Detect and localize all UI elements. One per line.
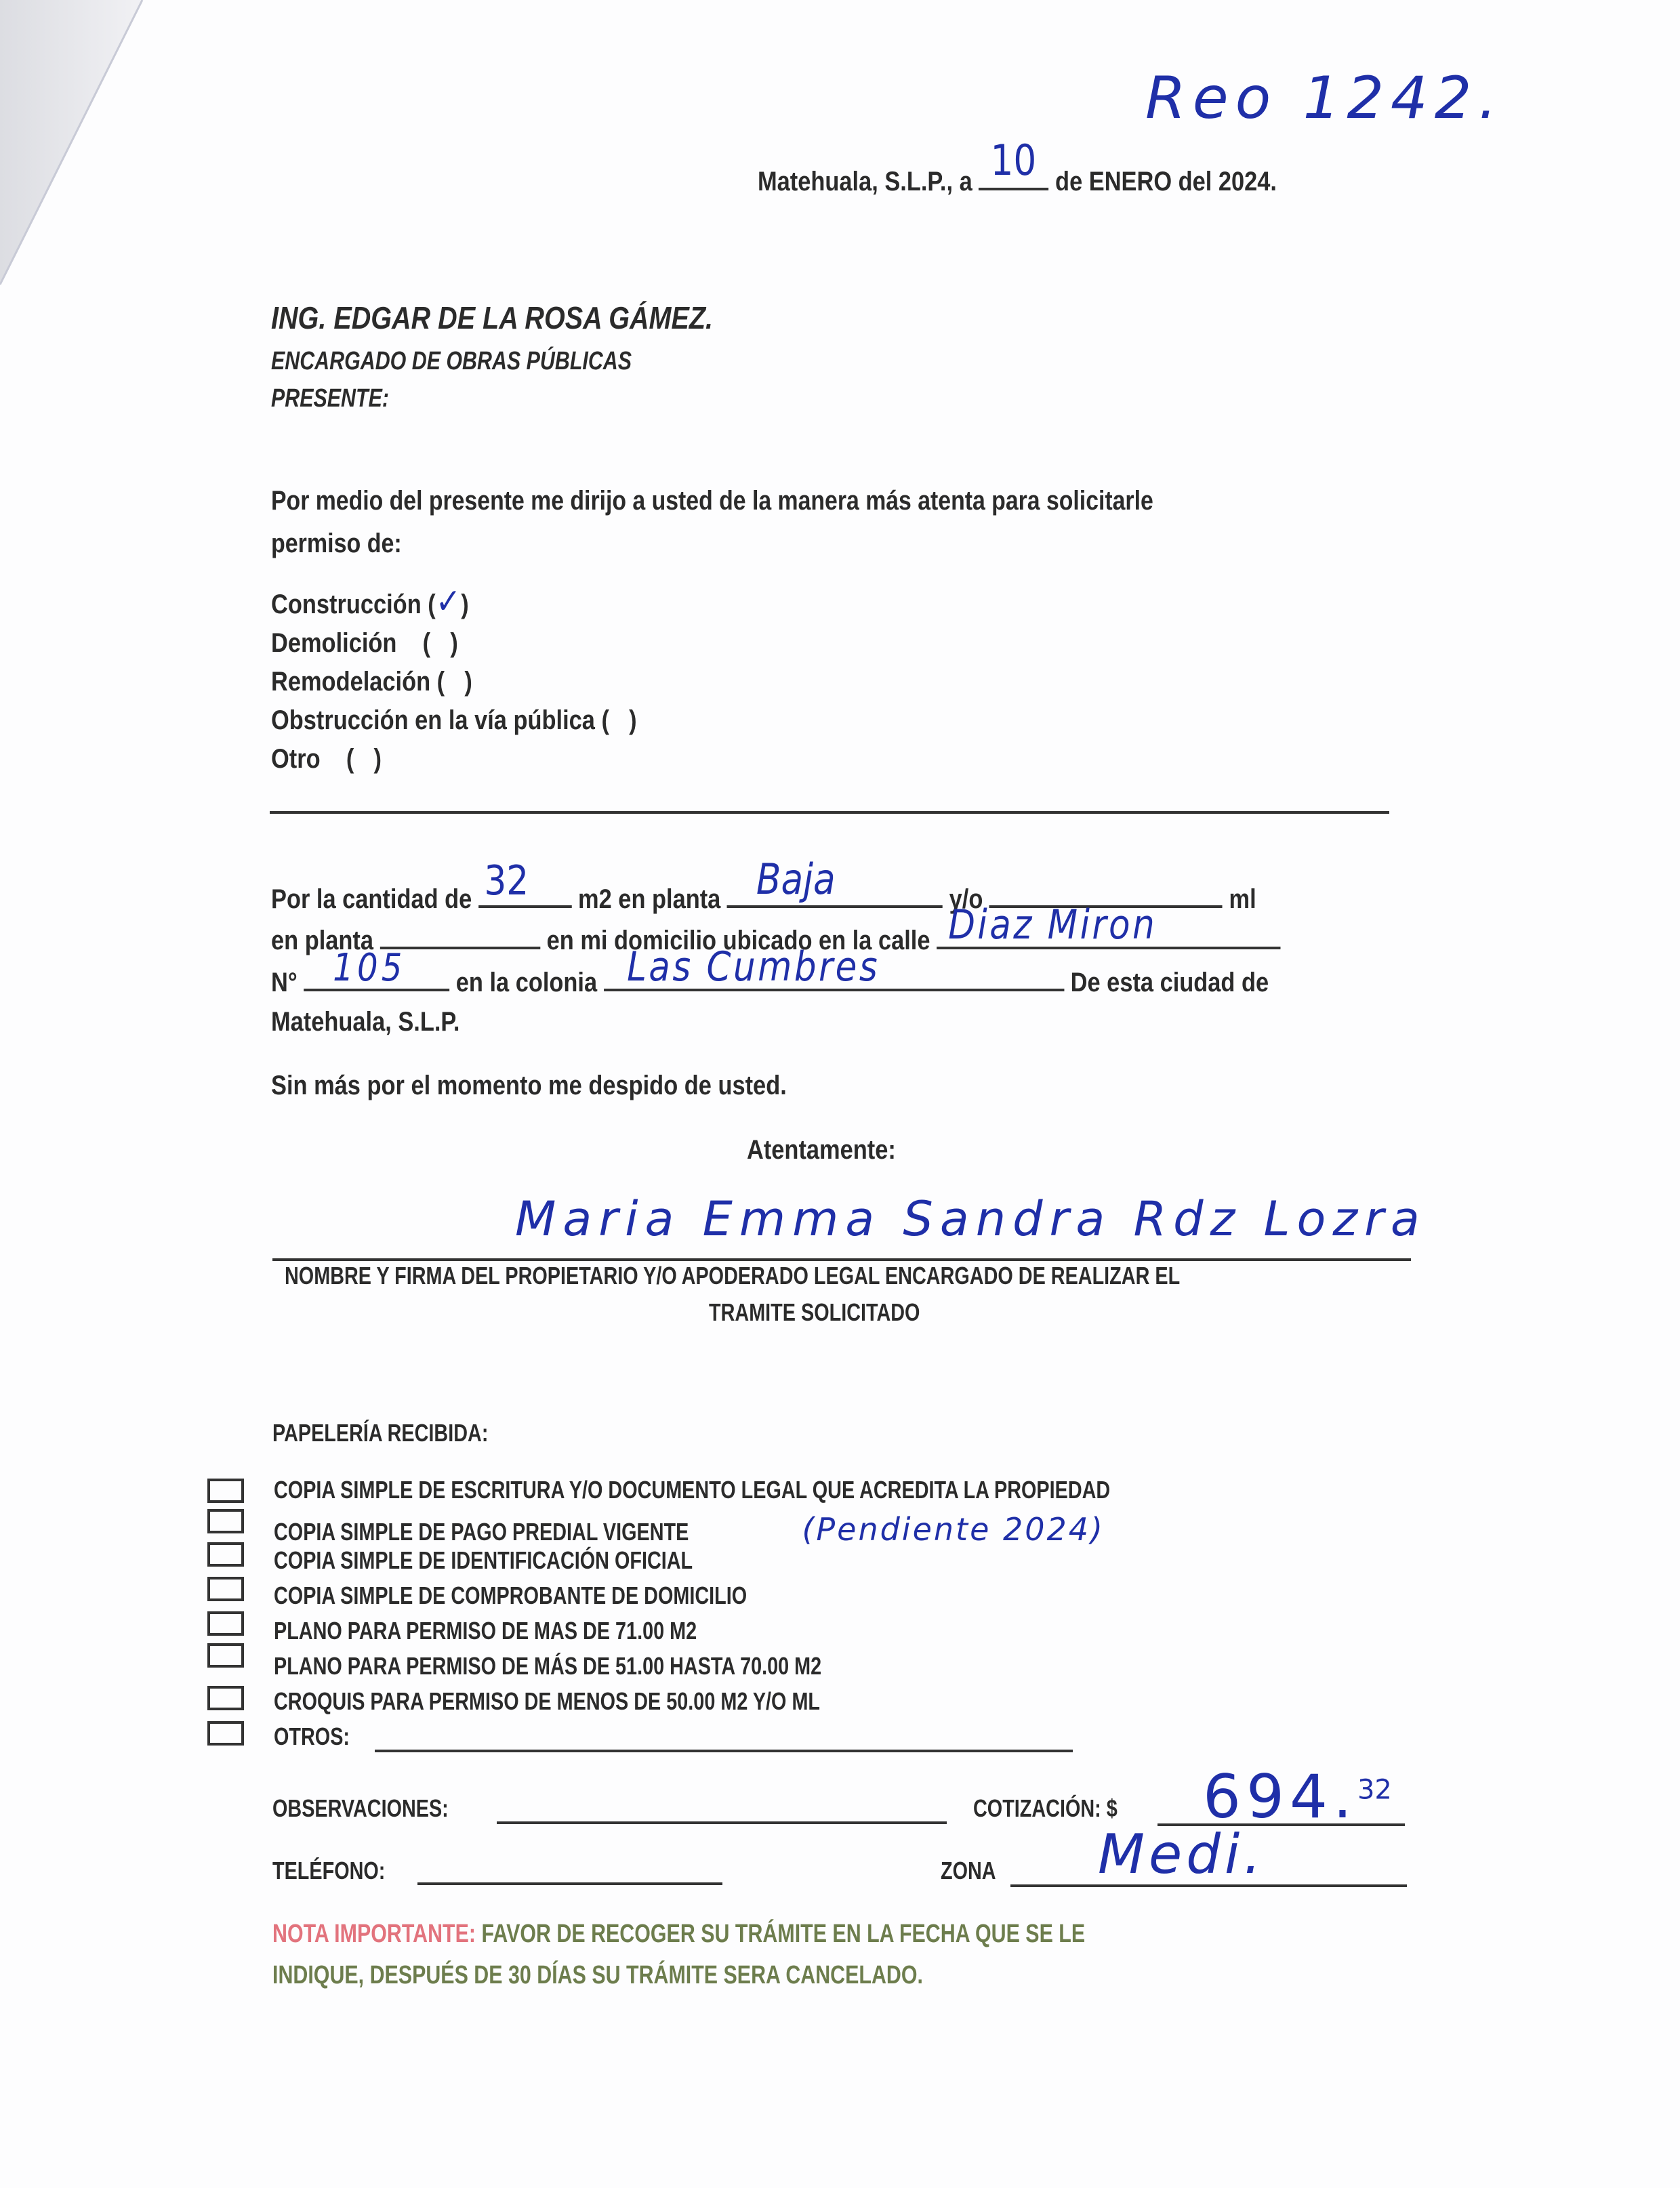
permit-option[interactable]: Demolición () (271, 628, 489, 659)
otros-field[interactable] (375, 1750, 1073, 1752)
addressee-name: ING. EDGAR DE LA ROSA GÁMEZ. (271, 300, 785, 336)
permit-option-label: Demolición ( (271, 628, 430, 658)
observaciones-label: OBSERVACIONES: (272, 1794, 493, 1823)
details-line1: Por la cantidad de 32 m2 en planta Baja … (271, 884, 1416, 915)
permit-option-label: Construcción ( (271, 590, 436, 619)
papeleria-item: OTROS: (274, 1722, 369, 1751)
qty-label: Por la cantidad de (271, 884, 472, 914)
ciudad-label: De esta ciudad de (1071, 968, 1269, 997)
signature-caption-line2: TRAMITE SOLICITADO (709, 1298, 972, 1327)
papeleria-item: CROQUIS PARA PERMISO DE MENOS DE 50.00 M… (274, 1687, 957, 1716)
date-line: Matehuala, S.L.P., a 10 de ENERO del 202… (758, 167, 1361, 197)
date-prefix: Matehuala, S.L.P., a (758, 167, 972, 197)
telefono-label: TELÉFONO: (272, 1857, 413, 1885)
notice-text-line1: FAVOR DE RECOGER SU TRÁMITE EN LA FECHA … (481, 1920, 1085, 1948)
papeleria-checkbox[interactable] (207, 1686, 244, 1710)
details-line3: N° 105 en la colonia Las Cumbres De esta… (271, 968, 1431, 998)
numero-label: N° (271, 968, 298, 997)
papeleria-item-label: OTROS: (274, 1722, 350, 1750)
signature: Maria Emma Sandra Rdz Lozra (515, 1191, 1427, 1247)
papeleria-item: COPIA SIMPLE DE COMPROBANTE DE DOMICILIO (274, 1582, 865, 1610)
papeleria-checkbox[interactable] (207, 1577, 244, 1601)
intro-text-line1: Por medio del presente me dirijo a usted… (271, 486, 1315, 516)
papeleria-item-label: CROQUIS PARA PERMISO DE MENOS DE 50.00 M… (274, 1687, 820, 1715)
papeleria-item-label: COPIA SIMPLE DE PAGO PREDIAL VIGENTE (274, 1518, 689, 1546)
papeleria-item: COPIA SIMPLE DE ESCRITURA Y/O DOCUMENTO … (274, 1476, 1319, 1504)
addressee-greeting: PRESENTE: (271, 384, 418, 413)
notice-label: NOTA IMPORTANTE: (272, 1920, 476, 1948)
intro-text-line2: permiso de: (271, 529, 425, 559)
papeleria-checkbox[interactable] (207, 1611, 244, 1636)
permit-option-close: ) (461, 590, 468, 619)
permit-option-close: ) (374, 744, 382, 774)
papeleria-heading: PAPELERÍA RECIBIDA: (272, 1419, 542, 1447)
papeleria-checkbox[interactable] (207, 1721, 244, 1746)
telefono-field[interactable] (417, 1882, 722, 1885)
permit-option-label: Obstrucción en la vía pública ( (271, 705, 609, 735)
addressee-title: ENCARGADO DE OBRAS PÚBLICAS (271, 347, 722, 376)
details-line4: Matehuala, S.L.P. (271, 1007, 491, 1037)
papeleria-checkbox[interactable] (207, 1643, 244, 1668)
atentamente-label: Atentamente: (747, 1135, 920, 1165)
permit-option[interactable]: Remodelación () (271, 667, 505, 697)
farewell-text: Sin más por el momento me despido de ust… (271, 1071, 871, 1101)
permit-option-close: ) (629, 705, 636, 735)
papeleria-item-label: COPIA SIMPLE DE COMPROBANTE DE DOMICILIO (274, 1582, 747, 1609)
planta-field[interactable]: Baja (727, 905, 943, 908)
papeleria-checkbox[interactable] (207, 1542, 244, 1567)
notice-line1: NOTA IMPORTANTE: FAVOR DE RECOGER SU TRÁ… (272, 1920, 1288, 1949)
signature-caption-line1: NOMBRE Y FIRMA DEL PROPIETARIO Y/O APODE… (285, 1262, 1404, 1290)
papeleria-checkbox[interactable] (207, 1509, 244, 1533)
papeleria-item-note: (Pendiente 2024) (802, 1511, 1105, 1548)
date-day-field[interactable]: 10 (979, 187, 1048, 190)
signature-line (272, 1258, 1411, 1261)
papeleria-item-label: COPIA SIMPLE DE IDENTIFICACIÓN OFICIAL (274, 1546, 693, 1574)
papeleria-item: COPIA SIMPLE DE PAGO PREDIAL VIGENTE(Pen… (274, 1511, 1105, 1548)
planta-value: Baja (756, 854, 836, 904)
permit-option[interactable]: Obstrucción en la vía pública () (271, 705, 696, 736)
observaciones-field[interactable] (497, 1821, 947, 1824)
cotizacion-value: 694.32 (1203, 1762, 1392, 1832)
zona-label: ZONA (941, 1857, 1010, 1885)
papeleria-item: PLANO PARA PERMISO DE MÁS DE 51.00 HASTA… (274, 1652, 958, 1680)
permit-option[interactable]: Construcción (✓) (271, 590, 501, 620)
date-suffix: de ENERO del 2024. (1055, 167, 1277, 197)
ml-label: ml (1229, 884, 1256, 914)
permit-option[interactable]: Otro () (271, 744, 400, 775)
papeleria-item-label: COPIA SIMPLE DE ESCRITURA Y/O DOCUMENTO … (274, 1476, 1110, 1504)
zona-value: Medi. (1098, 1823, 1265, 1886)
permit-option-close: ) (464, 667, 472, 697)
colonia-label: en la colonia (456, 968, 597, 997)
colonia-field[interactable]: Las Cumbres (604, 988, 1064, 991)
qty-value: 32 (484, 857, 529, 905)
permit-option-label: Otro ( (271, 744, 354, 774)
colonia-value: Las Cumbres (627, 943, 880, 991)
notice-line2: INDIQUE, DESPUÉS DE 30 DÍAS SU TRÁMITE S… (272, 1961, 1086, 1990)
handwritten-reference: Reo 1242. (1145, 64, 1504, 132)
papeleria-item-label: PLANO PARA PERMISO DE MÁS DE 51.00 HASTA… (274, 1652, 821, 1680)
papeleria-item-label: PLANO PARA PERMISO DE MAS DE 71.00 M2 (274, 1617, 697, 1645)
permit-option-close: ) (450, 628, 457, 658)
m2-label: m2 en planta (578, 884, 720, 914)
date-day-value: 10 (990, 136, 1036, 185)
papeleria-item: PLANO PARA PERMISO DE MAS DE 71.00 M2 (274, 1617, 802, 1645)
permit-option-label: Remodelación ( (271, 667, 445, 697)
papeleria-checkbox[interactable] (207, 1479, 244, 1503)
calle-field[interactable]: Diaz Miron (937, 946, 1280, 949)
separator-line (270, 811, 1389, 814)
calle-value: Diaz Miron (948, 901, 1157, 949)
cotizacion-label: COTIZACIÓN: $ (973, 1794, 1153, 1823)
papeleria-item: COPIA SIMPLE DE IDENTIFICACIÓN OFICIAL (274, 1546, 798, 1575)
numero-value: 105 (333, 946, 405, 990)
qty-field[interactable]: 32 (478, 905, 572, 908)
numero-field[interactable]: 105 (304, 988, 449, 991)
